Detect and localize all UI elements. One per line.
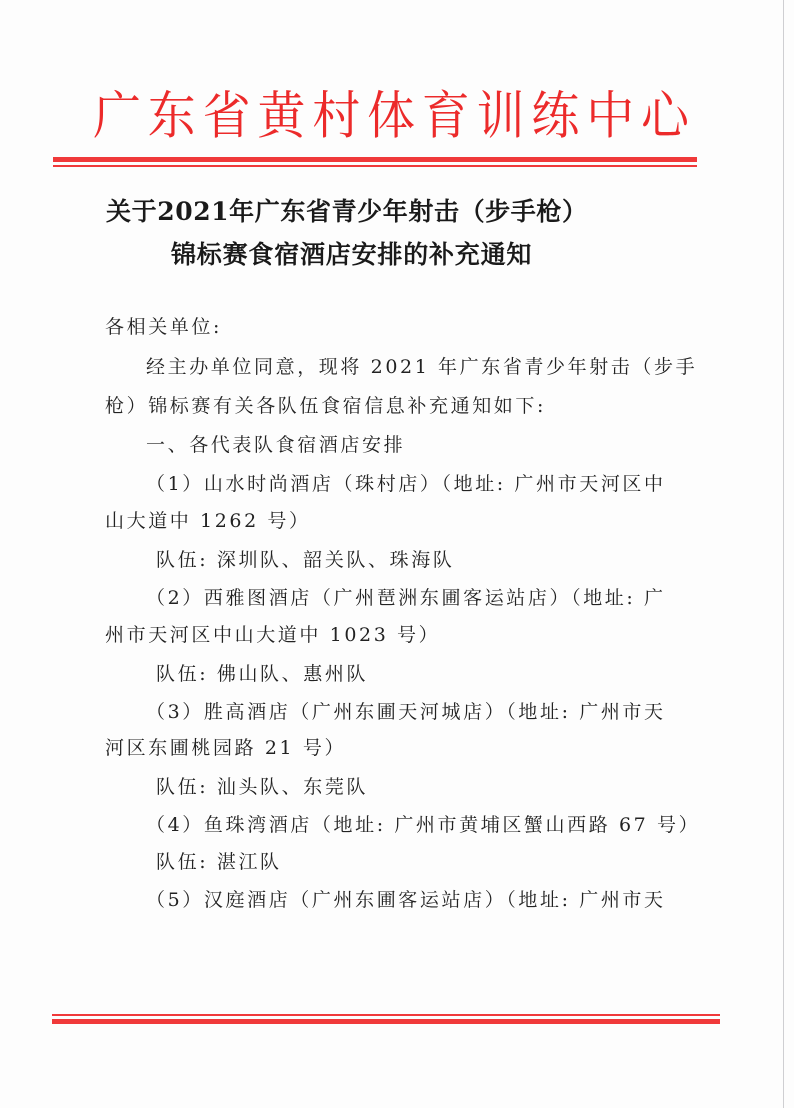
hotel-3-line-2: 河区东圃桃园路 21 号） <box>105 736 346 760</box>
letterhead-organization: 广东省黄村体育训练中心 <box>93 78 696 145</box>
letterhead-rule-thin <box>53 165 697 167</box>
hotel-5-line-1: （5）汉庭酒店（广州东圃客运站店）（地址: 广州市天 <box>146 888 666 912</box>
hotel-3-teams: 队伍: 汕头队、东莞队 <box>156 775 368 799</box>
letterhead-rule-thick <box>53 157 697 162</box>
hotel-1-line-2: 山大道中 1262 号） <box>105 509 311 533</box>
hotel-1-teams: 队伍: 深圳队、韶关队、珠海队 <box>156 548 454 572</box>
hotel-4-line-1: （4）鱼珠湾酒店（地址: 广州市黄埔区蟹山西路 67 号） <box>146 813 700 837</box>
hotel-2-line-2: 州市天河区中山大道中 1023 号） <box>105 623 440 647</box>
footer-rule-thick <box>52 1019 720 1024</box>
salutation: 各相关单位: <box>105 315 222 339</box>
footer-rule-thin <box>52 1014 720 1016</box>
hotel-4-teams: 队伍: 湛江队 <box>156 850 282 874</box>
section-heading-1: 一、各代表队食宿酒店安排 <box>146 433 405 457</box>
hotel-3-line-1: （3）胜高酒店（广州东圃天河城店）（地址: 广州市天 <box>146 700 666 724</box>
scan-edge-line <box>783 0 784 1108</box>
hotel-2-teams: 队伍: 佛山队、惠州队 <box>156 662 368 686</box>
document-page: 广东省黄村体育训练中心 关于2021年广东省青少年射击（步手枪） 锦标赛食宿酒店… <box>0 0 794 1108</box>
document-title-line-1: 关于2021年广东省青少年射击（步手枪） <box>106 192 588 228</box>
intro-paragraph-line-1: 经主办单位同意，现将 2021 年广东省青少年射击（步手 <box>146 355 697 379</box>
intro-paragraph-line-2: 枪）锦标赛有关各队伍食宿信息补充通知如下: <box>105 394 546 418</box>
hotel-2-line-1: （2）西雅图酒店（广州琶洲东圃客运站店）（地址: 广 <box>146 586 666 610</box>
hotel-1-line-1: （1）山水时尚酒店（珠村店）（地址: 广州市天河区中 <box>146 472 666 496</box>
document-title-line-2: 锦标赛食宿酒店安排的补充通知 <box>171 235 532 271</box>
